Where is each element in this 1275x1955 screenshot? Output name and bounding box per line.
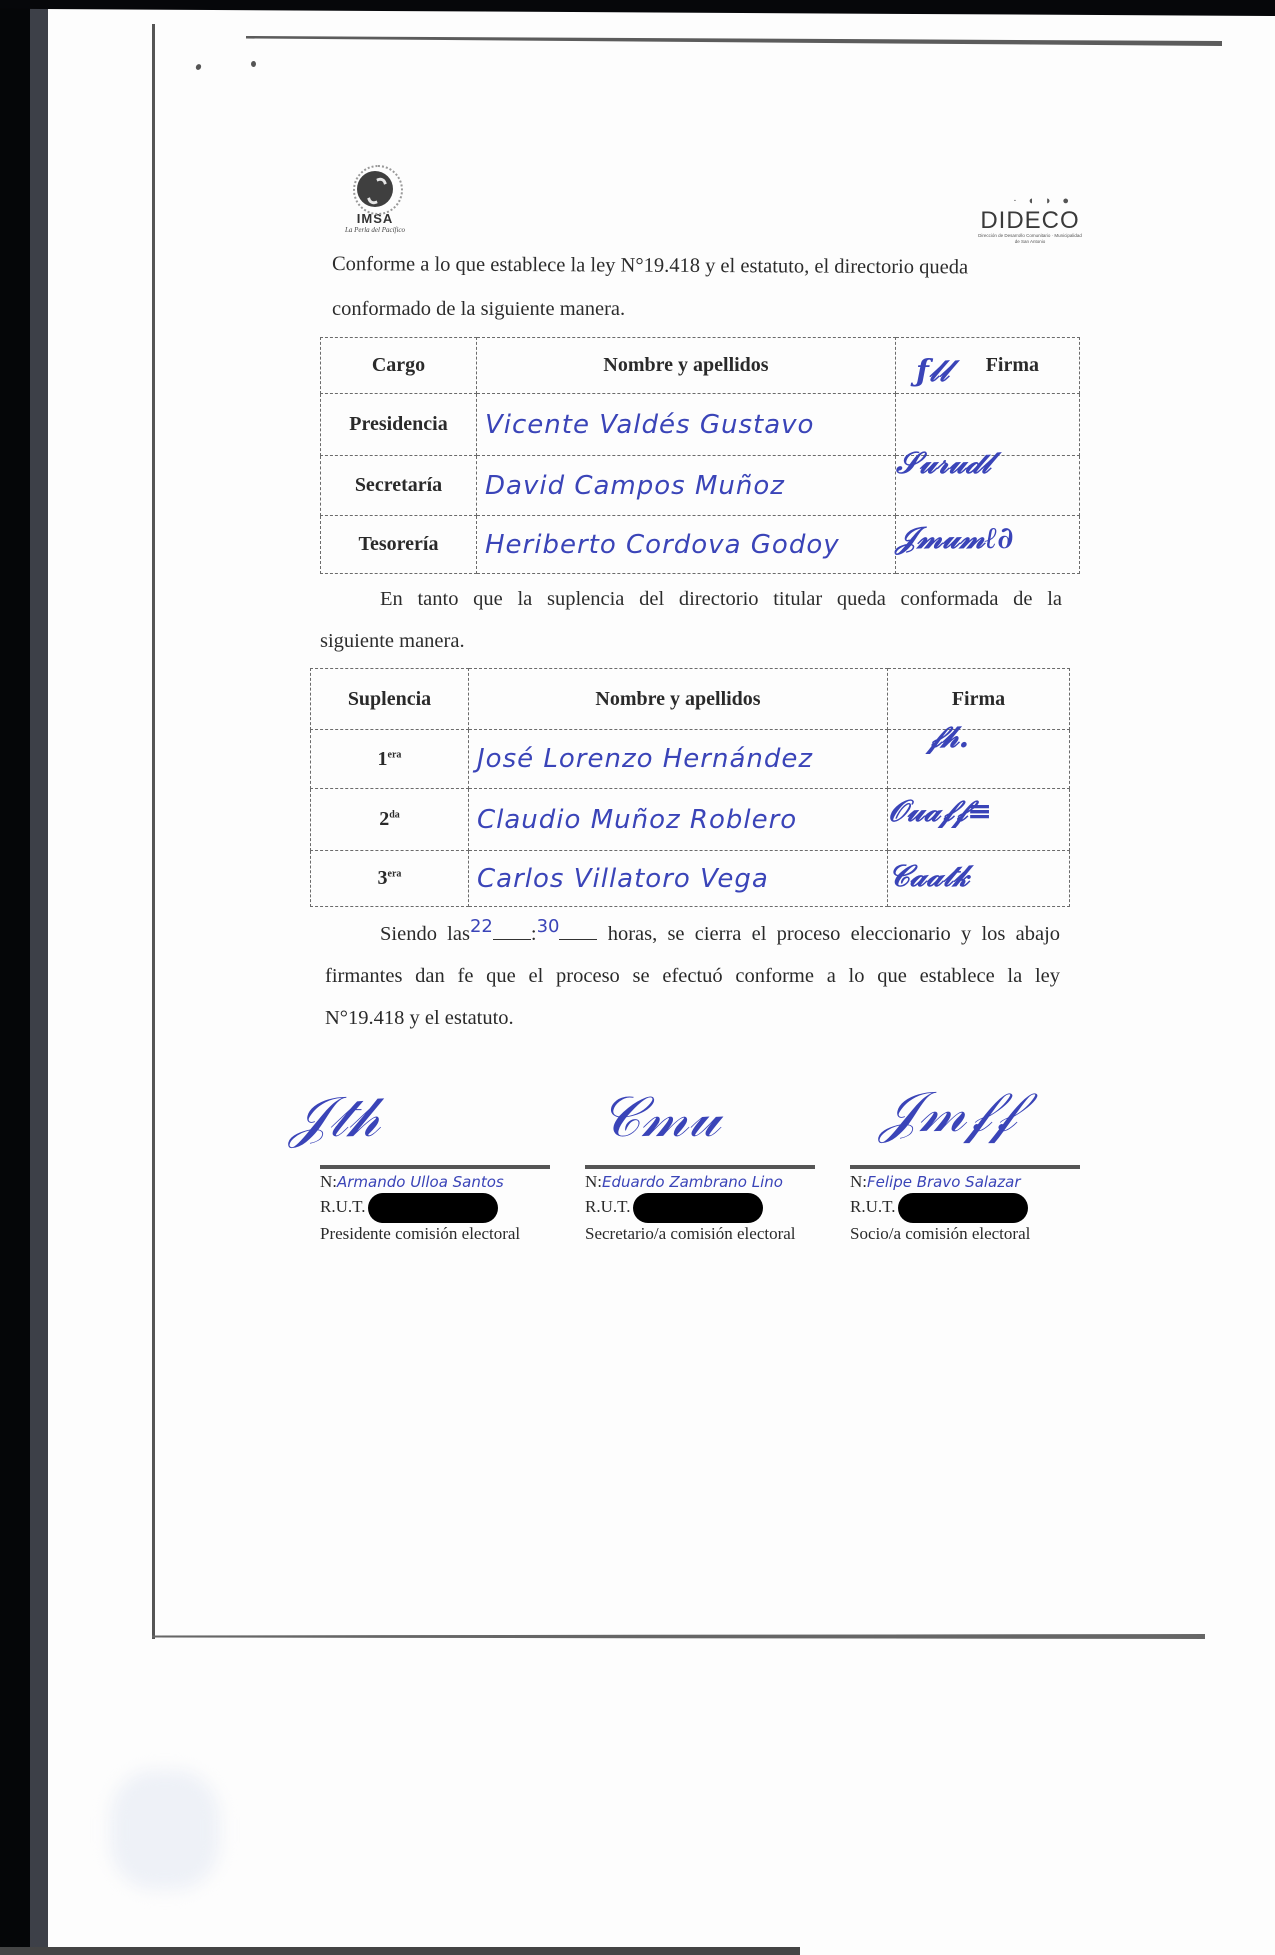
col-header-suplencia: Suplencia (311, 669, 469, 730)
nombre-cell: José Lorenzo Hernández (469, 730, 888, 789)
directorio-table: Cargo Nombre y apellidos Firma Presidenc… (320, 337, 1080, 574)
scan-shadow-left (30, 0, 48, 1955)
suplencia-table: Suplencia Nombre y apellidos Firma 1era … (310, 668, 1070, 907)
col-header-nombre: Nombre y apellidos (469, 669, 888, 730)
signature-icon: 𝒻𝒽. (928, 720, 969, 755)
signature-icon: 𝒥𝓂𝓊𝓂ℓ∂ (896, 521, 1013, 556)
table-row: Tesorería Heriberto Cordova Godoy 𝒥𝓂𝓊𝓂ℓ∂ (321, 516, 1080, 574)
scan-border-left (0, 0, 30, 1955)
hour-value: 22 (470, 916, 493, 937)
suplencia-num-cell: 1era (311, 730, 469, 789)
firma-cell: 𝒮𝓊𝓇𝓊𝒹𝓁 (896, 456, 1080, 516)
scan-speck (251, 61, 256, 67)
signer-secretario: N:Eduardo Zambrano Lino R.U.T. Secretari… (585, 1165, 815, 1245)
suplencia-num-cell: 3era (311, 851, 469, 907)
dideco-name: DIDECO (975, 209, 1085, 233)
page-edge-left (152, 24, 155, 1639)
suplencia-num-cell: 2da (311, 789, 469, 851)
imsa-tagline: La Perla del Pacífico (335, 226, 415, 234)
firma-cell: 𝒪𝓊𝒶𝒻𝒻≡ (888, 789, 1070, 851)
signature-icon: 𝒮𝓊𝓇𝓊𝒹𝓁 (896, 446, 991, 481)
cargo-cell: Tesorería (321, 516, 477, 574)
suplencia-intro-line-1: En tanto que la suplencia del directorio… (380, 578, 1062, 620)
nombre-cell: Carlos Villatoro Vega (469, 851, 888, 907)
firma-cell: 𝒞𝒶𝒶𝓉𝓀 (888, 851, 1070, 907)
col-header-firma: Firma (888, 669, 1070, 730)
redacted-rut (898, 1193, 1028, 1223)
closing-line-2: firmantes dan fe que el proceso se efect… (325, 955, 1060, 997)
dideco-subtitle: Dirección de Desarrollo Comunitario · Mu… (975, 233, 1085, 245)
signer-presidente: N:Armando Ulloa Santos R.U.T. Presidente… (320, 1165, 550, 1245)
intro-line-2: conformado de la siguiente manera. (332, 288, 625, 330)
suplencia-intro-line-2: siguiente manera. (320, 620, 465, 662)
signer-name: Felipe Bravo Salazar (867, 1173, 1021, 1191)
closing-paragraph: Siendo las22:30 horas, se cierra el proc… (325, 906, 1060, 1039)
table-row: 2da Claudio Muñoz Roblero 𝒪𝓊𝒶𝒻𝒻≡ (311, 789, 1070, 851)
signature-presidente-icon: 𝒥𝓉𝒽 (290, 1085, 380, 1151)
redacted-rut (368, 1193, 498, 1223)
cargo-cell: Presidencia (321, 394, 477, 456)
intro-line-1: Conforme a lo que establece la ley N°19.… (332, 243, 1082, 289)
nombre-cell: Heriberto Cordova Godoy (477, 516, 896, 574)
page-edge-bottom (152, 1634, 1205, 1639)
table-row: 3era Carlos Villatoro Vega 𝒞𝒶𝒶𝓉𝓀 (311, 851, 1070, 907)
table-row: Secretaría David Campos Muñoz 𝒮𝓊𝓇𝓊𝒹𝓁 (321, 456, 1080, 516)
closing-line-3: N°19.418 y el estatuto. (325, 997, 1060, 1039)
signer-role: Socio/a comisión electoral (850, 1223, 1080, 1245)
col-header-nombre: Nombre y apellidos (477, 338, 896, 394)
scan-smudge (110, 1770, 220, 1890)
signer-socio: N:Felipe Bravo Salazar R.U.T. Socio/a co… (850, 1165, 1080, 1245)
redacted-rut (633, 1193, 763, 1223)
signature-icon: 𝒞𝒶𝒶𝓉𝓀 (888, 859, 969, 894)
table-row: 1era José Lorenzo Hernández 𝒻𝒽. (311, 730, 1070, 789)
scan-border-top (0, 0, 1275, 16)
signature-socio-icon: 𝒥𝓂𝒻𝒻 (880, 1080, 1016, 1146)
signature-secretario-icon: 𝒞𝓂𝓊 (600, 1085, 720, 1151)
nombre-cell: David Campos Muñoz (477, 456, 896, 516)
firma-cell: 𝒻𝒽. (888, 730, 1070, 789)
signer-role: Presidente comisión electoral (320, 1223, 550, 1245)
imsa-logo: IMSA La Perla del Pacífico (335, 163, 415, 248)
scan-border-bottom (0, 1947, 800, 1955)
scan-speck (195, 63, 202, 71)
page-edge-top (246, 36, 1222, 46)
col-header-cargo: Cargo (321, 338, 477, 394)
signature-icon: 𝒪𝓊𝒶𝒻𝒻≡ (888, 794, 992, 829)
firma-cell: 𝒥𝓂𝓊𝓂ℓ∂ (896, 516, 1080, 574)
signer-name: Eduardo Zambrano Lino (602, 1173, 783, 1191)
cargo-cell: Secretaría (321, 456, 477, 516)
closing-line-1: Siendo las22:30 horas, se cierra el proc… (325, 906, 1060, 955)
nombre-cell: Vicente Valdés Gustavo (477, 394, 896, 456)
signature-icon: ƒ𝓁𝓁 (916, 354, 949, 389)
signer-role: Secretario/a comisión electoral (585, 1223, 815, 1245)
nombre-cell: Claudio Muñoz Roblero (469, 789, 888, 851)
signer-name: Armando Ulloa Santos (337, 1173, 504, 1191)
minute-value: 30 (537, 916, 560, 937)
imsa-emblem-icon (357, 171, 393, 207)
